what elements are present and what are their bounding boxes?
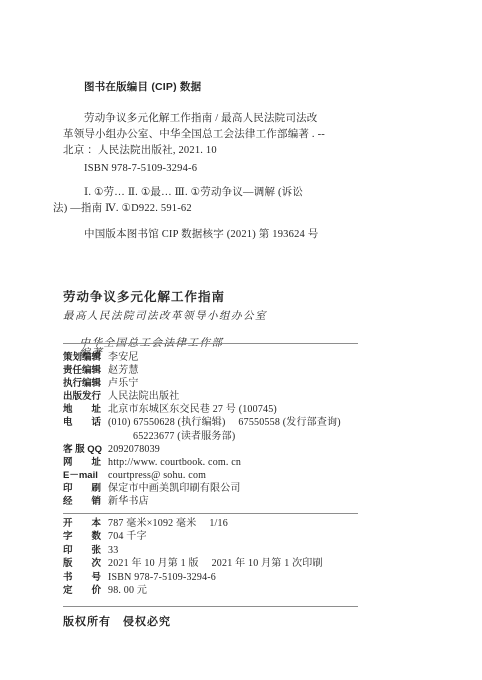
cip-paragraph-line-2: 革领导小组办公室、中华全国总工会法律工作部编著 . -- bbox=[63, 130, 325, 141]
row-value: 33 bbox=[108, 544, 118, 557]
divider-top bbox=[63, 343, 358, 344]
row-value: 人民法院出版社 bbox=[108, 390, 179, 403]
row-value: 新华书店 bbox=[108, 495, 149, 508]
colophon-row-email: E－mail courtpress@ sohu. com bbox=[63, 469, 468, 482]
colophon-row-printer: 印 刷 保定市中画美凯印刷有限公司 bbox=[63, 482, 468, 495]
row-label: 字 数 bbox=[63, 530, 108, 543]
author-line-1: 最高人民法院司法改革领导小组办公室 bbox=[63, 312, 267, 323]
row-label: 责任编辑 bbox=[63, 364, 108, 377]
row-value: 704 千字 bbox=[108, 530, 147, 543]
spec-row-sheets: 印 张 33 bbox=[63, 544, 468, 557]
colophon-row-website: 网 址 http://www. courtbook. com. cn bbox=[63, 456, 468, 469]
row-label: 开 本 bbox=[63, 517, 108, 530]
colophon-block: 策划编辑 李安尼 责任编辑 赵芳慧 执行编辑 卢乐宁 出版发行 人民法院出版社 … bbox=[63, 351, 468, 508]
spec-row-word-count: 字 数 704 千字 bbox=[63, 530, 468, 543]
row-label: 经 销 bbox=[63, 495, 108, 508]
cip-heading: 图书在版编目 (CIP) 数据 bbox=[84, 82, 201, 93]
colophon-row-publisher: 出版发行 人民法院出版社 bbox=[63, 390, 468, 403]
row-value: 2021 年 10 月第 1 版 2021 年 10 月第 1 次印刷 bbox=[108, 557, 323, 570]
row-value: (010) 67550628 (执行编辑) 67550558 (发行部查询) bbox=[108, 416, 341, 429]
row-label: 策划编辑 bbox=[63, 351, 108, 364]
spec-row-isbn: 书 号 ISBN 978-7-5109-3294-6 bbox=[63, 571, 468, 584]
row-value: 2092078039 bbox=[108, 443, 160, 456]
row-value-continued: 65223677 (读者服务部) bbox=[108, 430, 341, 443]
copyright-notice: 版权所有 侵权必究 bbox=[63, 617, 171, 628]
row-label: 客 服 QQ bbox=[63, 443, 108, 456]
row-value: ISBN 978-7-5109-3294-6 bbox=[108, 571, 216, 584]
cip-isbn: ISBN 978-7-5109-3294-6 bbox=[84, 164, 197, 175]
row-label: 网 址 bbox=[63, 456, 108, 469]
spec-row-price: 定 价 98. 00 元 bbox=[63, 584, 468, 597]
row-label: 书 号 bbox=[63, 571, 108, 584]
row-value: 卢乐宁 bbox=[108, 377, 139, 390]
row-label: 版 次 bbox=[63, 557, 108, 570]
row-value: 保定市中画美凯印刷有限公司 bbox=[108, 482, 241, 495]
copyright-page: 图书在版编目 (CIP) 数据 劳动争议多元化解工作指南 / 最高人民法院司法改… bbox=[0, 0, 482, 680]
row-label: 印 张 bbox=[63, 544, 108, 557]
row-value: 787 毫米×1092 毫米 1/16 bbox=[108, 517, 228, 530]
row-label: E－mail bbox=[63, 469, 108, 482]
book-title: 劳动争议多元化解工作指南 bbox=[63, 291, 225, 304]
row-label: 印 刷 bbox=[63, 482, 108, 495]
row-value: 98. 00 元 bbox=[108, 584, 147, 597]
cip-paragraph-line-3: 北京 ：人民法院出版社, 2021. 10 bbox=[63, 146, 217, 157]
row-value: 北京市东城区东交民巷 27 号 (100745) bbox=[108, 403, 277, 416]
cip-record-number: 中国版本图书馆 CIP 数据核字 (2021) 第 193624 号 bbox=[84, 230, 319, 241]
row-value: 李安尼 bbox=[108, 351, 139, 364]
website-url: http://www. courtbook. com. cn bbox=[108, 456, 241, 469]
row-label: 定 价 bbox=[63, 584, 108, 597]
row-label: 执行编辑 bbox=[63, 377, 108, 390]
telephone-values: (010) 67550628 (执行编辑) 67550558 (发行部查询) 6… bbox=[108, 416, 341, 442]
spec-row-format: 开 本 787 毫米×1092 毫米 1/16 bbox=[63, 517, 468, 530]
colophon-row-planning-editor: 策划编辑 李安尼 bbox=[63, 351, 468, 364]
row-value: 赵芳慧 bbox=[108, 364, 139, 377]
divider-middle bbox=[63, 513, 358, 514]
spec-row-edition: 版 次 2021 年 10 月第 1 版 2021 年 10 月第 1 次印刷 bbox=[63, 557, 468, 570]
row-label: 电 话 bbox=[63, 416, 108, 429]
colophon-row-telephone: 电 话 (010) 67550628 (执行编辑) 67550558 (发行部查… bbox=[63, 416, 468, 442]
colophon-row-distributor: 经 销 新华书店 bbox=[63, 495, 468, 508]
colophon-row-address: 地 址 北京市东城区东交民巷 27 号 (100745) bbox=[63, 403, 468, 416]
row-label: 出版发行 bbox=[63, 390, 108, 403]
row-label: 地 址 bbox=[63, 403, 108, 416]
divider-bottom bbox=[63, 606, 358, 607]
cip-classification-line-2: 法) —指南 Ⅳ. ①D922. 591-62 bbox=[53, 204, 192, 215]
email-address: courtpress@ sohu. com bbox=[108, 469, 206, 482]
colophon-row-responsible-editor: 责任编辑 赵芳慧 bbox=[63, 364, 468, 377]
colophon-row-executive-editor: 执行编辑 卢乐宁 bbox=[63, 377, 468, 390]
print-spec-block: 开 本 787 毫米×1092 毫米 1/16 字 数 704 千字 印 张 3… bbox=[63, 517, 468, 597]
cip-paragraph-line-1: 劳动争议多元化解工作指南 / 最高人民法院司法改 bbox=[84, 114, 317, 125]
cip-classification-line-1: Ⅰ. ①劳… Ⅱ. ①最… Ⅲ. ①劳动争议—调解 (诉讼 bbox=[84, 188, 303, 199]
colophon-row-service-qq: 客 服 QQ 2092078039 bbox=[63, 443, 468, 456]
